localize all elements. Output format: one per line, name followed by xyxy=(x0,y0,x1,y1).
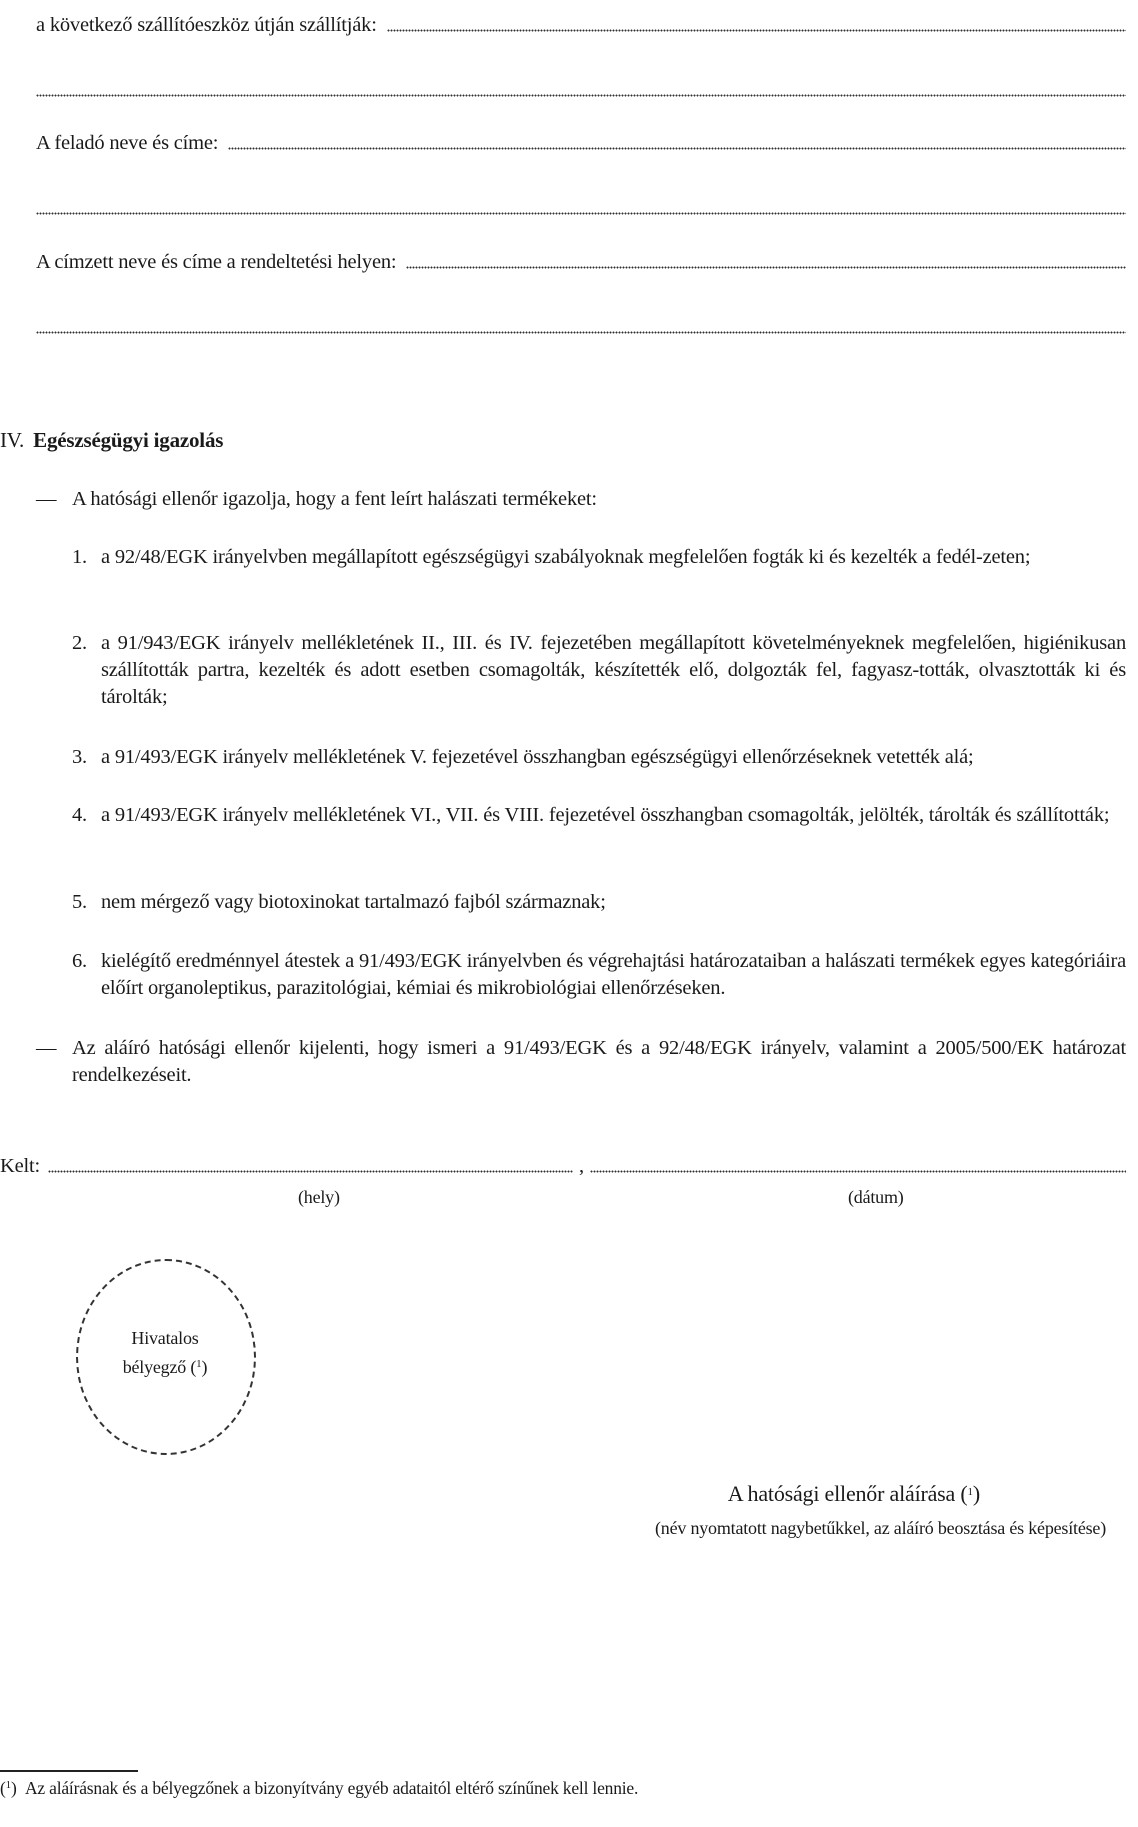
transport-field[interactable]: a következő szállítóeszköz útján szállít… xyxy=(36,14,1126,37)
footnote-close-paren: ) xyxy=(11,1778,17,1798)
recipient-field[interactable]: A címzett neve és címe a rendeltetési he… xyxy=(36,251,1126,274)
section-number: IV. xyxy=(0,428,24,452)
transport-continuation-line[interactable] xyxy=(36,94,1126,97)
declaration-text: Az aláíró hatósági ellenőr kijelenti, ho… xyxy=(72,1035,1126,1089)
stamp-line-2-text: bélyegző ( xyxy=(123,1357,196,1377)
section-heading: IV. Egészségügyi igazolás xyxy=(0,428,223,453)
recipient-label: A címzett neve és címe a rendeltetési he… xyxy=(36,251,406,274)
sender-input-line[interactable] xyxy=(228,147,1126,150)
certification-intro-text: A hatósági ellenőr igazolja, hogy a fent… xyxy=(72,486,1126,513)
signature-subtitle: (név nyomtatott nagybetűkkel, az aláíró … xyxy=(655,1518,1106,1539)
signature-title-text: A hatósági ellenőr aláírása ( xyxy=(728,1481,968,1506)
signature-title: A hatósági ellenőr aláírása (1) xyxy=(728,1481,980,1507)
place-date-field[interactable]: Kelt: , xyxy=(0,1155,1126,1178)
transport-input-line[interactable] xyxy=(387,29,1126,32)
footnote: (1) Az aláírásnak és a bélyegzőnek a biz… xyxy=(0,1778,638,1799)
list-item-text: a 91/493/EGK irányelv mellékletének VI.,… xyxy=(101,802,1126,829)
footnote-divider xyxy=(0,1770,138,1772)
list-item: 5. nem mérgező vagy biotoxinokat tartalm… xyxy=(72,889,1126,916)
sender-continuation-line[interactable] xyxy=(36,212,1126,215)
list-item: 3. a 91/493/EGK irányelv mellékletének V… xyxy=(72,744,1126,771)
footnote-text: Az aláírásnak és a bélyegzőnek a bizonyí… xyxy=(25,1778,638,1798)
date-caption: (dátum) xyxy=(848,1187,904,1208)
recipient-input-line[interactable] xyxy=(406,266,1126,269)
list-item-text: nem mérgező vagy biotoxinokat tartalmazó… xyxy=(101,889,1126,916)
em-dash: — xyxy=(36,486,56,513)
kelt-label: Kelt: xyxy=(0,1155,48,1178)
stamp-line-1: Hivatalos xyxy=(90,1325,240,1351)
list-item-number: 5. xyxy=(72,889,87,916)
stamp-label: Hivatalos bélyegző (1) xyxy=(90,1325,240,1380)
certification-intro: — A hatósági ellenőr igazolja, hogy a fe… xyxy=(36,486,1126,513)
list-item: 1. a 92/48/EGK irányelvben megállapított… xyxy=(72,544,1126,571)
list-item: 6. kielégítő eredménnyel átestek a 91/49… xyxy=(72,948,1126,1002)
list-item-number: 6. xyxy=(72,948,87,975)
place-input-line[interactable] xyxy=(48,1170,573,1173)
list-item-number: 1. xyxy=(72,544,87,571)
list-item-number: 2. xyxy=(72,630,87,657)
declaration: — Az aláíró hatósági ellenőr kijelenti, … xyxy=(36,1035,1126,1089)
recipient-continuation-line[interactable] xyxy=(36,331,1126,334)
list-item-number: 4. xyxy=(72,802,87,829)
stamp-line-2: bélyegző (1) xyxy=(90,1351,240,1380)
em-dash: — xyxy=(36,1035,56,1062)
list-item-text: a 91/943/EGK irányelv mellékletének II.,… xyxy=(101,630,1126,711)
list-item-number: 3. xyxy=(72,744,87,771)
transport-label: a következő szállítóeszköz útján szállít… xyxy=(36,14,387,37)
date-input-line[interactable] xyxy=(590,1170,1126,1173)
list-item: 4. a 91/493/EGK irányelv mellékletének V… xyxy=(72,802,1126,829)
place-caption: (hely) xyxy=(298,1187,340,1208)
sender-label: A feladó neve és címe: xyxy=(36,132,228,155)
list-item-text: a 92/48/EGK irányelvben megállapított eg… xyxy=(101,544,1126,571)
comma: , xyxy=(573,1155,590,1178)
signature-close-paren: ) xyxy=(973,1481,980,1506)
sender-field[interactable]: A feladó neve és címe: xyxy=(36,132,1126,155)
list-item-text: kielégítő eredménnyel átestek a 91/493/E… xyxy=(101,948,1126,1002)
stamp-close-paren: ) xyxy=(201,1357,207,1377)
list-item: 2. a 91/943/EGK irányelv mellékletének I… xyxy=(72,630,1126,711)
section-title: Egészségügyi igazolás xyxy=(33,428,223,452)
list-item-text: a 91/493/EGK irányelv mellékletének V. f… xyxy=(101,744,1126,771)
